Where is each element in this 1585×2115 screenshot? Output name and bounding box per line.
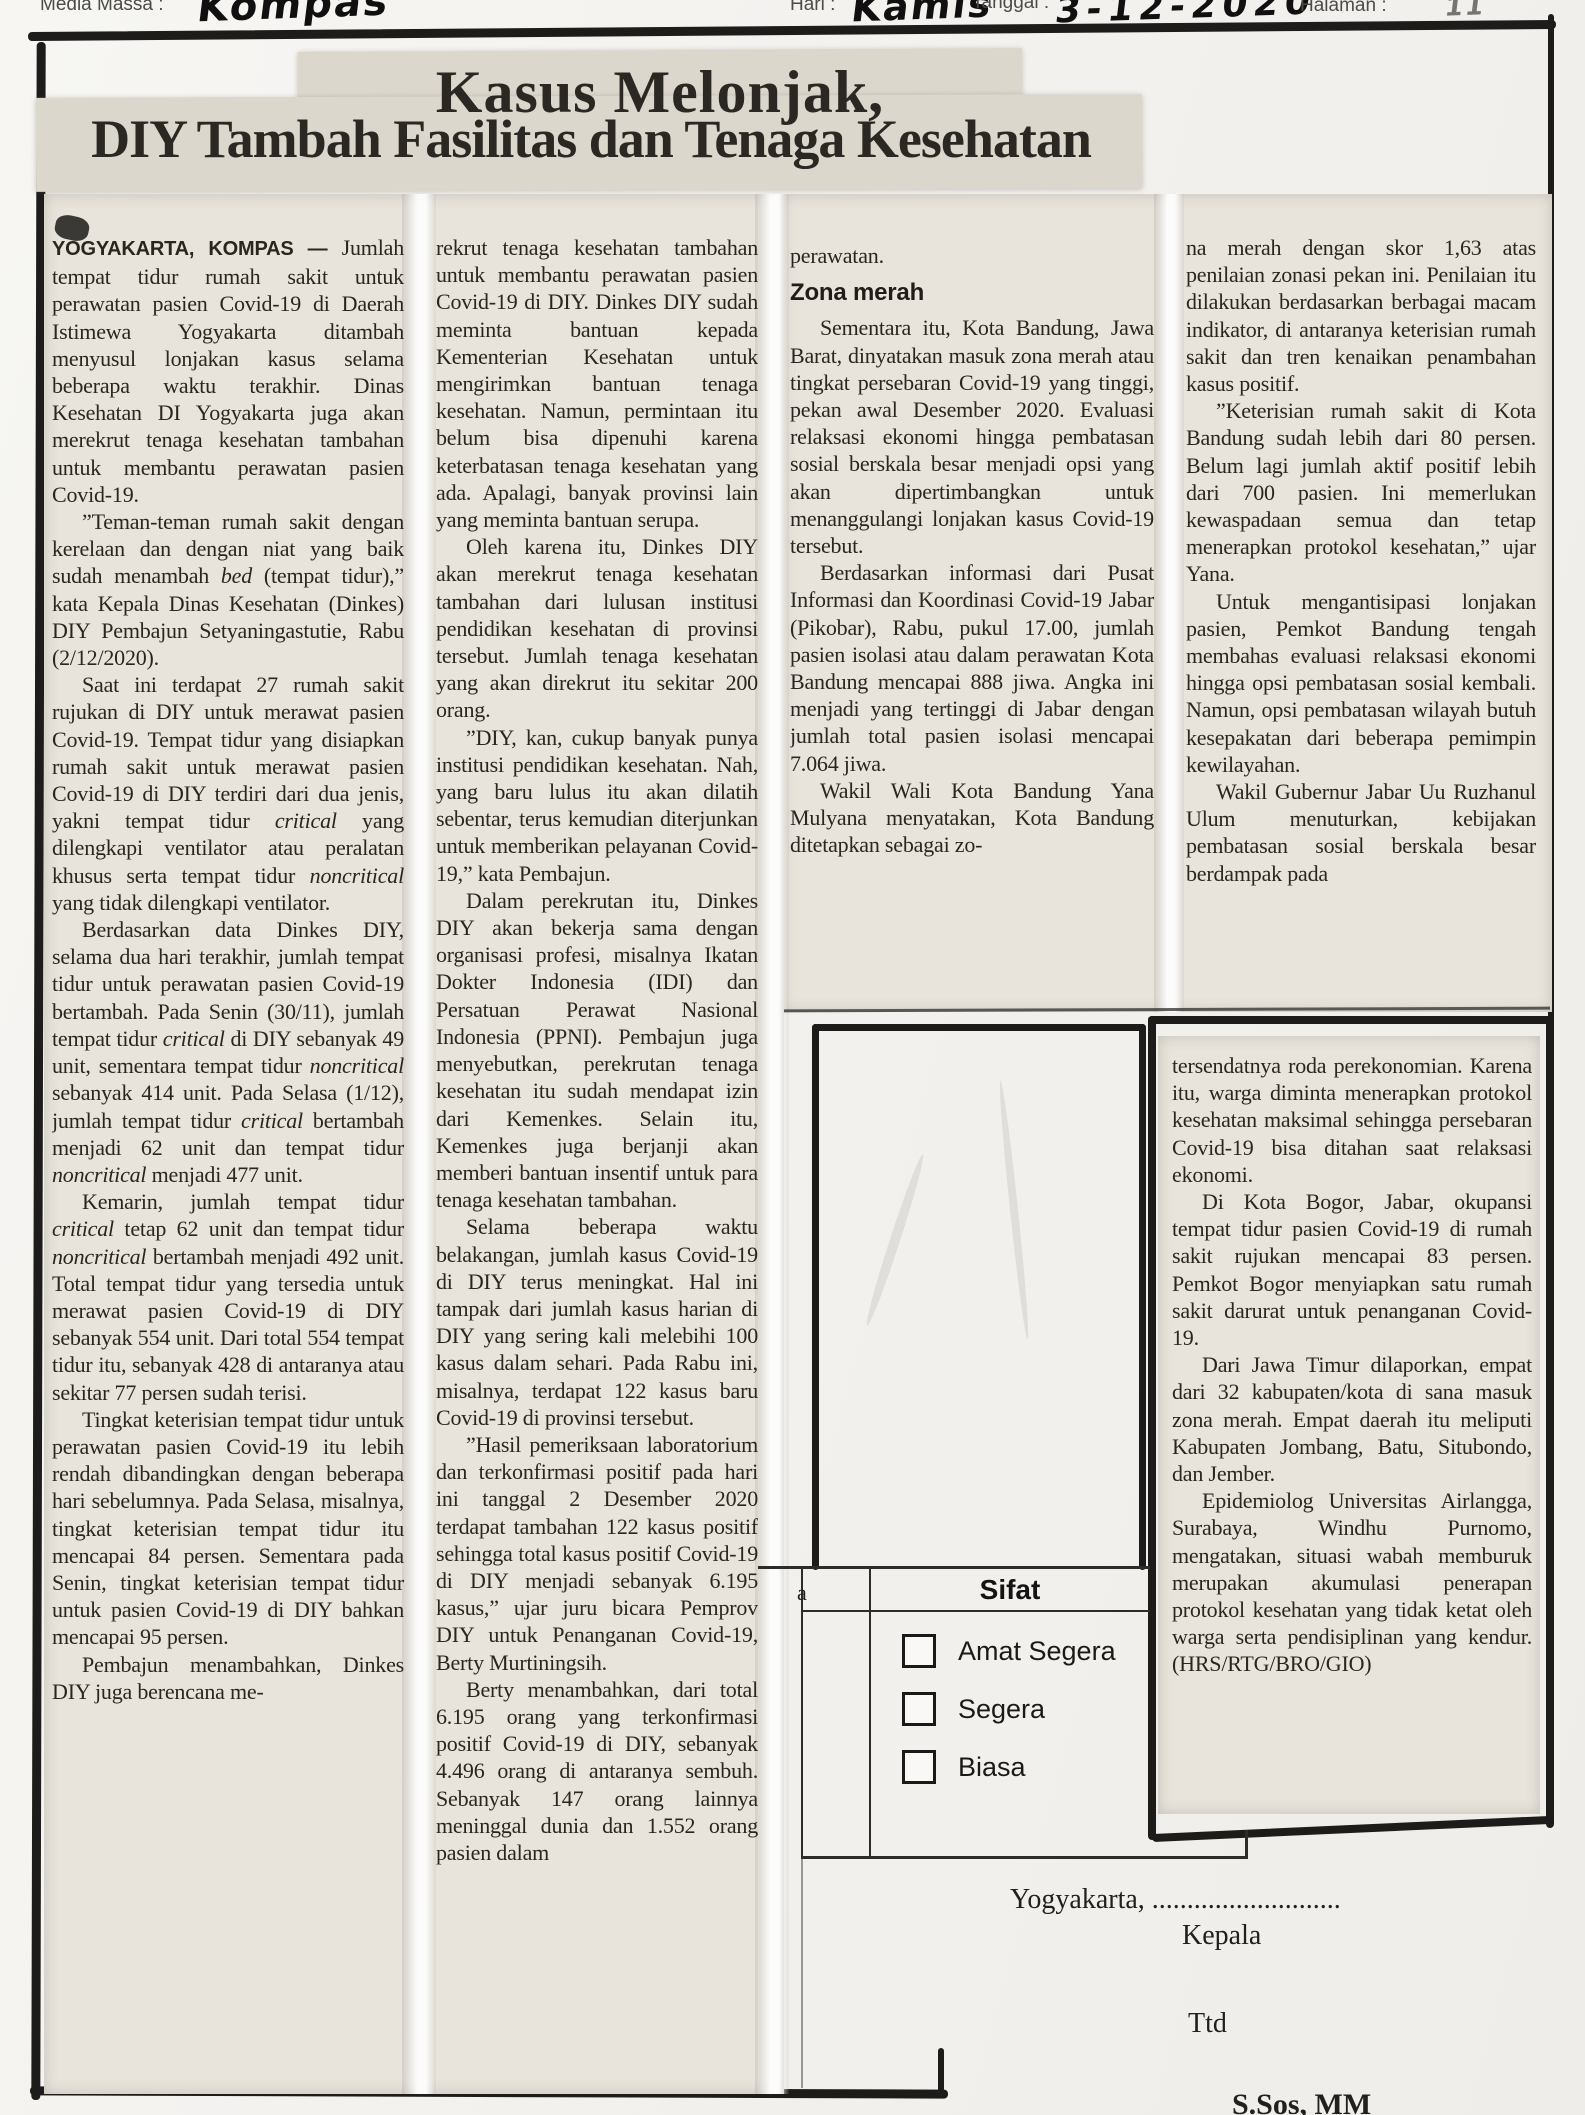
article-column-1: YOGYAKARTA, KOMPAS — Jumlah tempat tidur… — [52, 234, 404, 2090]
scanned-archive-page: Media Massa : Kompas Hari : Kamis Tangga… — [0, 0, 1585, 2115]
sifat-table-bottom-line — [801, 1856, 1247, 1859]
halaman-value-handwritten: 11 — [1443, 0, 1487, 23]
article-paragraph: Berdasarkan informasi dari Pusat Informa… — [790, 559, 1154, 777]
media-massa-value-handwritten: Kompas — [195, 0, 393, 31]
article-paragraph: ”Hasil pemeriksaan laboratorium dan terk… — [436, 1431, 758, 1676]
article-paragraph: YOGYAKARTA, KOMPAS — Jumlah tempat tidur… — [52, 234, 404, 508]
checkbox-segera[interactable] — [902, 1692, 936, 1726]
sifat-header-label: Sifat — [870, 1574, 1150, 1606]
halaman-label: Halaman : — [1300, 0, 1387, 17]
article-column-2: rekrut tenaga kesehatan tambahan untuk m… — [436, 234, 758, 2090]
right-box-border-bottom — [1152, 1816, 1554, 1842]
sifat-header-bottom-line — [801, 1610, 1150, 1612]
article-paragraph: ”Teman-teman rumah sakit dengan kerelaan… — [52, 508, 404, 671]
scan-crease-2 — [996, 1080, 1031, 1339]
sifat-table-top-line — [758, 1566, 1150, 1569]
empty-box-border-left — [812, 1024, 819, 1570]
headline-line2: DIY Tambah Fasilitas dan Tenaga Kesehata… — [40, 108, 1142, 170]
sifat-table-left-line — [801, 1566, 803, 1858]
empty-box-border-top — [812, 1024, 1146, 1031]
checkbox-label: Segera — [958, 1694, 1045, 1725]
left-cell-partial-text: a — [797, 1580, 807, 1606]
article-paragraph: Pembajun menambahkan, Dinkes DIY juga be… — [52, 1651, 404, 1705]
clipping-corner-stub — [938, 2048, 944, 2094]
place-date-line: Yogyakarta, ........................... — [1010, 1884, 1341, 1916]
article-paragraph: ”Keterisian rumah sakit di Kota Bandung … — [1186, 397, 1536, 587]
article-paragraph: Untuk mengantisipasi lonjakan pasien, Pe… — [1186, 588, 1536, 778]
checkbox-biasa[interactable] — [902, 1750, 936, 1784]
signature-name-partial: S.Sos, MM — [1232, 2088, 1371, 2115]
checkbox-amat-segera[interactable] — [902, 1634, 936, 1668]
right-box-border-left — [1148, 1016, 1156, 1840]
article-column-5-boxed: tersendatnya roda perekonomian. Karena i… — [1172, 1052, 1532, 1810]
article-paragraph: tersendatnya roda perekonomian. Karena i… — [1172, 1052, 1532, 1188]
article-paragraph: Wakil Gubernur Jabar Uu Ruzhanul Ulum me… — [1186, 778, 1536, 887]
tanggal-label: Tanggal : — [972, 0, 1049, 14]
sifat-option-row: Biasa — [902, 1750, 1116, 1784]
article-paragraph: rekrut tenaga kesehatan tambahan untuk m… — [436, 234, 758, 533]
article-column-4: na merah dengan skor 1,63 atas penilaian… — [1186, 234, 1536, 1010]
zona-merah-subhead: Zona merah — [790, 279, 1154, 306]
sifat-table-left-line-lower — [801, 1858, 803, 2088]
sifat-options: Amat SegeraSegeraBiasa — [902, 1634, 1116, 1808]
sifat-option-row: Segera — [902, 1692, 1116, 1726]
fold-band-1 — [402, 194, 436, 2094]
article-paragraph: Sementara itu, Kota Bandung, Jawa Barat,… — [790, 314, 1154, 559]
article-paragraph: Selama beberapa waktu belakangan, jumlah… — [436, 1213, 758, 1431]
fold-band-3 — [1154, 194, 1184, 1012]
checkbox-label: Amat Segera — [958, 1636, 1116, 1667]
article-paragraph: na merah dengan skor 1,63 atas penilaian… — [1186, 234, 1536, 397]
scan-crease-1 — [862, 1153, 927, 1327]
article-paragraph: Di Kota Bogor, Jabar, okupansi tempat ti… — [1172, 1188, 1532, 1351]
article-paragraph: Tingkat keterisian tempat tidur untuk pe… — [52, 1406, 404, 1651]
article-paragraph: Wakil Wali Kota Bandung Yana Mulyana men… — [790, 777, 1154, 859]
ttd-label: Ttd — [1188, 2008, 1227, 2040]
article-paragraph: Kemarin, jumlah tempat tidur critical te… — [52, 1188, 404, 1406]
right-box-border-top — [1148, 1016, 1554, 1024]
checkbox-label: Biasa — [958, 1752, 1026, 1783]
hari-label: Hari : — [790, 0, 835, 16]
article-paragraph: Epidemiolog Universitas Airlangga, Surab… — [1172, 1487, 1532, 1677]
media-massa-label: Media Massa : — [40, 0, 164, 16]
kepala-label: Kepala — [1182, 1920, 1261, 1952]
sifat-table-divider-line — [869, 1566, 871, 1858]
article-paragraph: ”DIY, kan, cukup banyak punya institusi … — [436, 724, 758, 887]
dateline-lead: YOGYAKARTA, KOMPAS — — [52, 238, 342, 260]
article-paragraph: Berdasarkan data Dinkes DIY, selama dua … — [52, 916, 404, 1188]
article-paragraph: perawatan. — [790, 242, 1154, 269]
article-paragraph: Saat ini terdapat 27 rumah sakit rujukan… — [52, 671, 404, 916]
sifat-table-connector-line — [1245, 1830, 1248, 1859]
fold-band-2 — [755, 194, 789, 2094]
article-paragraph: Dalam perekrutan itu, Dinkes DIY akan be… — [436, 887, 758, 1213]
sifat-option-row: Amat Segera — [902, 1634, 1116, 1668]
article-paragraph: Oleh karena itu, Dinkes DIY akan merekru… — [436, 533, 758, 723]
empty-box-border-right — [1139, 1024, 1146, 1570]
article-column-3: perawatan.Zona merahSementara itu, Kota … — [790, 242, 1154, 1010]
right-box-border-right — [1546, 1016, 1554, 1828]
article-paragraph: Berty menambahkan, dari total 6.195 oran… — [436, 1676, 758, 1866]
article-paragraph: Dari Jawa Timur dilaporkan, empat dari 3… — [1172, 1351, 1532, 1487]
